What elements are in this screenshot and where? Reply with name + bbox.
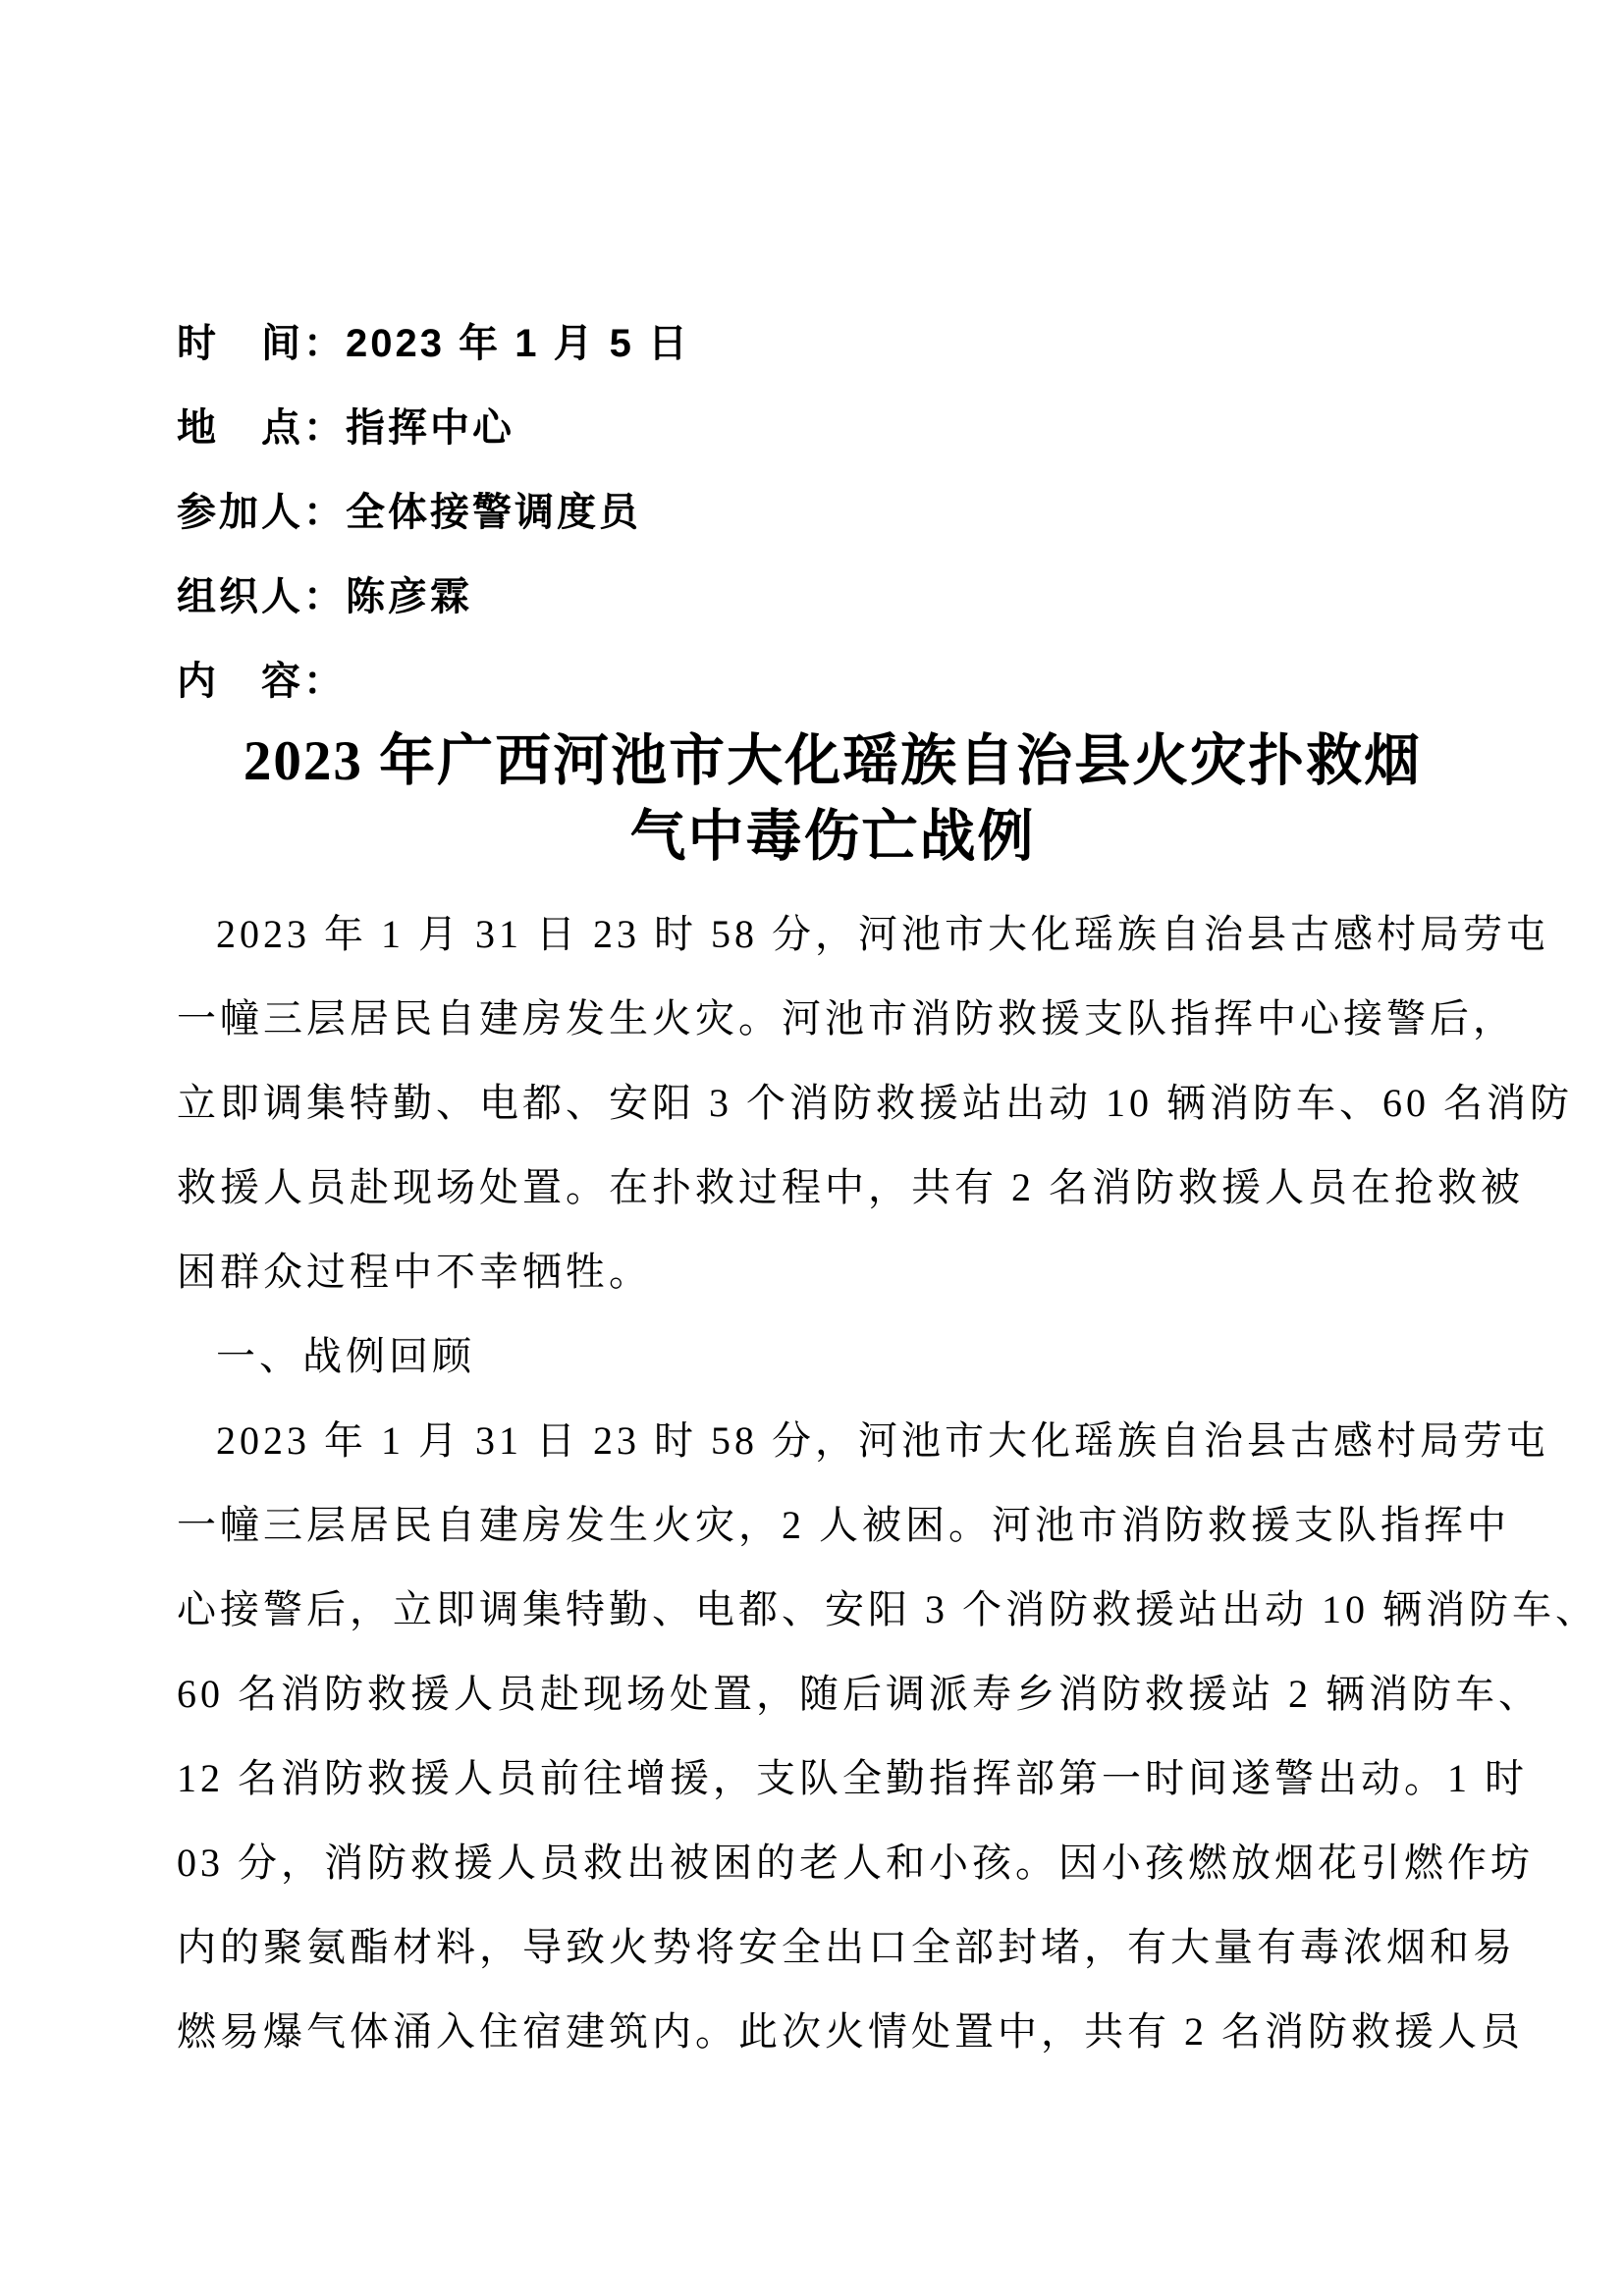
- paragraph-1-line: 救援人员赴现场处置。在扑救过程中，共有 2 名消防救援人员在抢救被: [177, 1146, 1489, 1230]
- meta-line-location: 地 点：指挥中心: [177, 386, 1489, 470]
- paragraph-2-line: 12 名消防救援人员前往增援，支队全勤指挥部第一时间遂警出动。1 时: [177, 1736, 1489, 1821]
- paragraph-2: 2023 年 1 月 31 日 23 时 58 分，河池市大化瑶族自治县古感村局…: [177, 1399, 1489, 2074]
- document-title: 2023 年广西河池市大化瑶族自治县火灾扑救烟 气中毒伤亡战例: [177, 723, 1489, 875]
- document-content: 时 间：2023 年 1 月 5 日 地 点：指挥中心 参加人：全体接警调度员 …: [177, 301, 1489, 2074]
- document-title-line-2: 气中毒伤亡战例: [177, 799, 1489, 875]
- document-page: 时 间：2023 年 1 月 5 日 地 点：指挥中心 参加人：全体接警调度员 …: [0, 0, 1624, 2296]
- paragraph-2-line: 燃易爆气体涌入住宿建筑内。此次火情处置中，共有 2 名消防救援人员: [177, 1990, 1489, 2074]
- paragraph-1: 2023 年 1 月 31 日 23 时 58 分，河池市大化瑶族自治县古感村局…: [177, 892, 1489, 1314]
- meta-block: 时 间：2023 年 1 月 5 日 地 点：指挥中心 参加人：全体接警调度员 …: [177, 301, 1489, 723]
- paragraph-2-line: 内的聚氨酯材料，导致火势将安全出口全部封堵，有大量有毒浓烟和易: [177, 1905, 1489, 1990]
- paragraph-1-line: 2023 年 1 月 31 日 23 时 58 分，河池市大化瑶族自治县古感村局…: [177, 892, 1489, 977]
- paragraph-2-line: 60 名消防救援人员赴现场处置，随后调派寿乡消防救援站 2 辆消防车、: [177, 1652, 1489, 1736]
- paragraph-2-line: 一幢三层居民自建房发生火灾，2 人被困。河池市消防救援支队指挥中: [177, 1483, 1489, 1568]
- paragraph-1-line: 立即调集特勤、电都、安阳 3 个消防救援站出动 10 辆消防车、60 名消防: [177, 1061, 1489, 1146]
- section-heading-case-review: 一、战例回顾: [177, 1314, 1489, 1399]
- paragraph-1-line: 一幢三层居民自建房发生火灾。河池市消防救援支队指挥中心接警后，: [177, 977, 1489, 1061]
- paragraph-2-line: 2023 年 1 月 31 日 23 时 58 分，河池市大化瑶族自治县古感村局…: [177, 1399, 1489, 1483]
- document-title-line-1: 2023 年广西河池市大化瑶族自治县火灾扑救烟: [177, 723, 1489, 799]
- meta-line-time: 时 间：2023 年 1 月 5 日: [177, 301, 1489, 386]
- meta-line-organizer: 组织人：陈彦霖: [177, 555, 1489, 639]
- meta-line-content-label: 内 容：: [177, 639, 1489, 723]
- meta-line-participants: 参加人：全体接警调度员: [177, 470, 1489, 555]
- paragraph-2-line: 心接警后，立即调集特勤、电都、安阳 3 个消防救援站出动 10 辆消防车、: [177, 1568, 1489, 1652]
- paragraph-1-line: 困群众过程中不幸牺牲。: [177, 1230, 1489, 1314]
- paragraph-2-line: 03 分，消防救援人员救出被困的老人和小孩。因小孩燃放烟花引燃作坊: [177, 1821, 1489, 1905]
